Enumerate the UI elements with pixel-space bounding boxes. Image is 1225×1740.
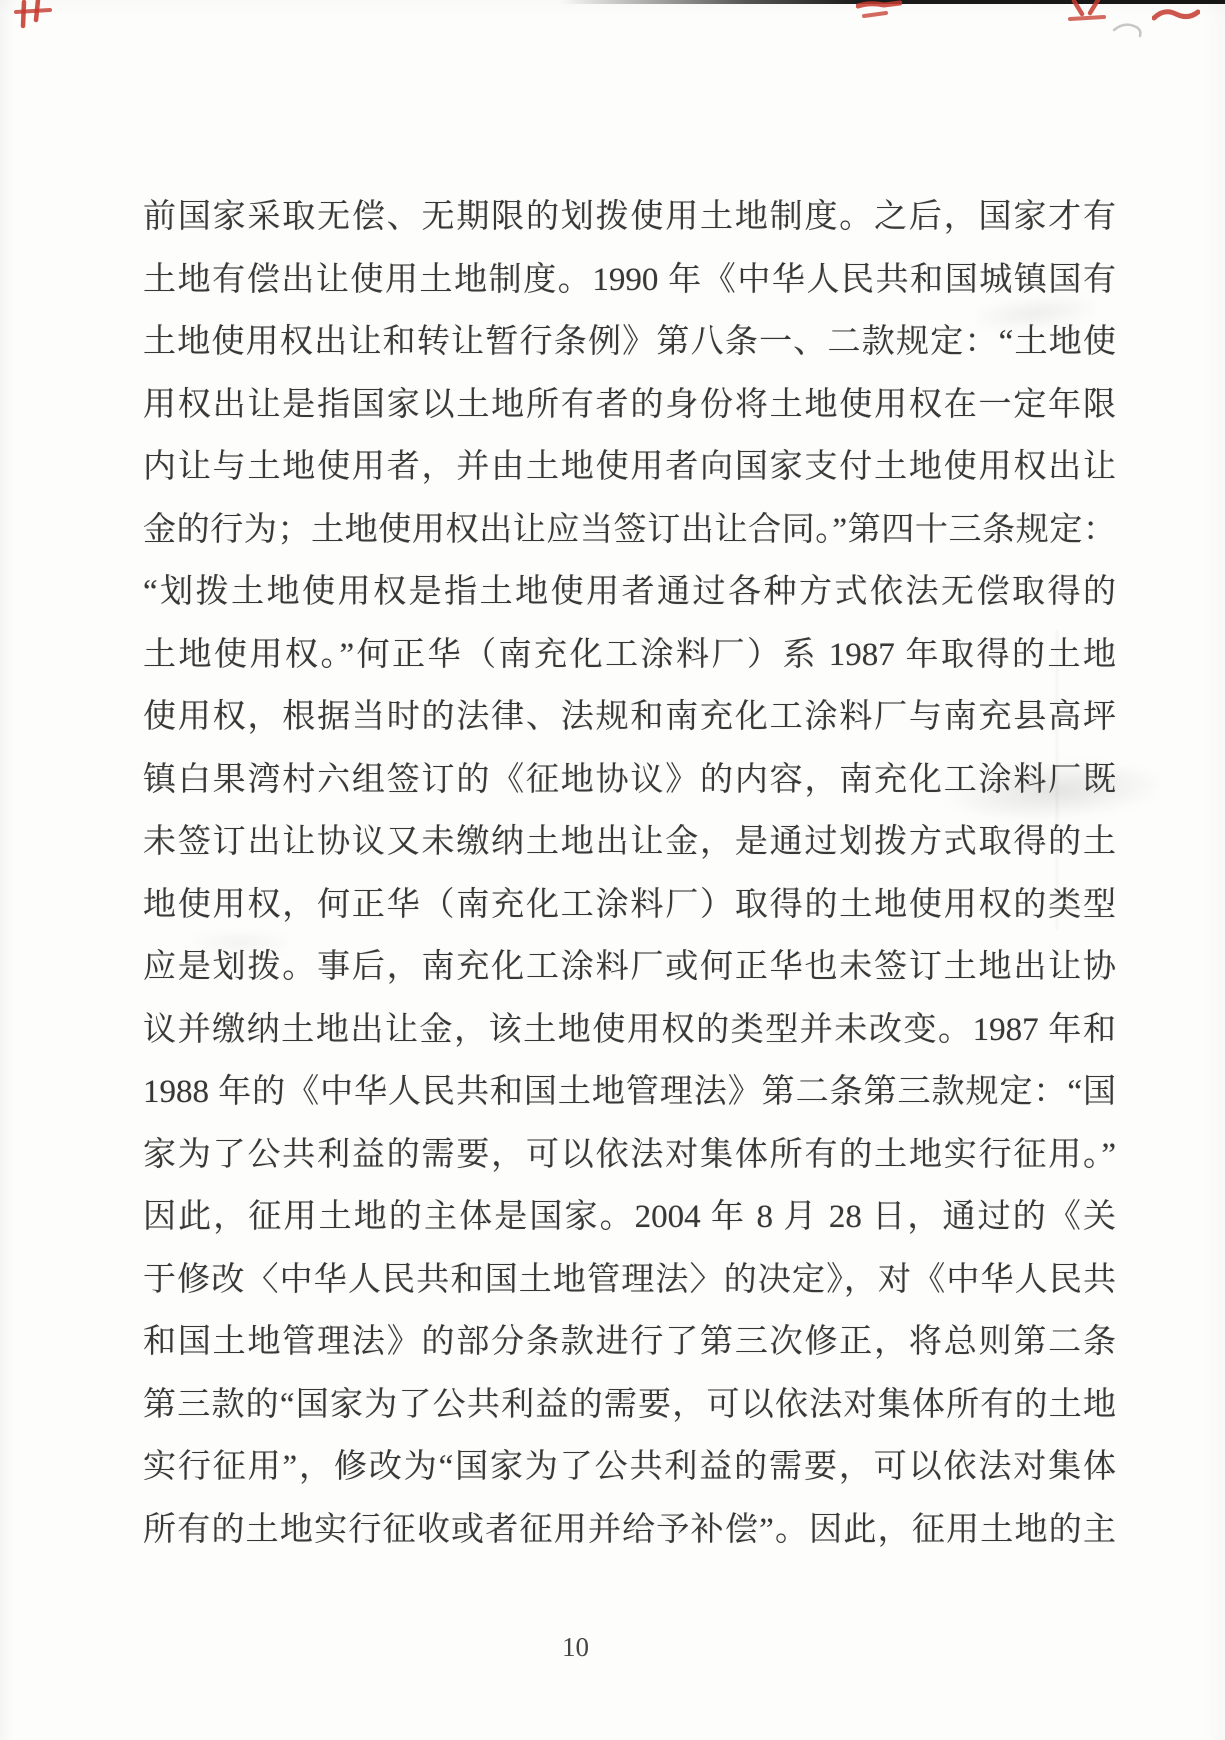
scanned-document-page: 前国家采取无偿、无期限的划拨使用土地制度。之后，国家才有 土地有偿出让使用土地制… xyxy=(0,0,1225,1740)
text-line: 第三款的“国家为了公共利益的需要，可以依法对集体所有的土地 xyxy=(143,1374,1116,1437)
text-line: 未签订出让协议又未缴纳土地出让金，是通过划拨方式取得的土 xyxy=(143,811,1116,874)
text-line: “划拨土地使用权是指土地使用者通过各种方式依法无偿取得的 xyxy=(143,561,1116,624)
text-line: 家为了公共利益的需要，可以依法对集体所有的土地实行征用。” xyxy=(143,1124,1116,1187)
text-line: 镇白果湾村六组签订的《征地协议》的内容，南充化工涂料厂既 xyxy=(143,749,1116,812)
text-line: 土地使用权。”何正华（南充化工涂料厂）系 1987 年取得的土地 xyxy=(143,624,1116,687)
text-line: 金的行为；土地使用权出让应当签订出让合同。”第四十三条规定： xyxy=(143,499,1116,562)
text-line: 所有的土地实行征收或者征用并给予补偿”。因此，征用土地的主 xyxy=(143,1499,1116,1562)
text-line: 于修改〈中华人民共和国土地管理法〉的决定》，对《中华人民共 xyxy=(143,1249,1116,1312)
text-line: 前国家采取无偿、无期限的划拨使用土地制度。之后，国家才有 xyxy=(143,186,1116,249)
text-line: 实行征用”，修改为“国家为了公共利益的需要，可以依法对集体 xyxy=(143,1436,1116,1499)
document-text-block: 前国家采取无偿、无期限的划拨使用土地制度。之后，国家才有 土地有偿出让使用土地制… xyxy=(143,186,1116,1561)
text-line: 因此，征用土地的主体是国家。2004 年 8 月 28 日，通过的《关 xyxy=(143,1186,1116,1249)
text-line: 土地有偿出让使用土地制度。1990 年《中华人民共和国城镇国有 xyxy=(143,249,1116,312)
red-ink-mark-top-corner xyxy=(1152,4,1200,31)
text-line: 1988 年的《中华人民共和国土地管理法》第二条第三款规定：“国 xyxy=(143,1061,1116,1124)
text-line: 应是划拨。事后，南充化工涂料厂或何正华也未签订土地出让协 xyxy=(143,936,1116,999)
text-line: 用权出让是指国家以土地所有者的身份将土地使用权在一定年限 xyxy=(143,374,1116,437)
text-line: 议并缴纳土地出让金，该土地使用权的类型并未改变。1987 年和 xyxy=(143,999,1116,1062)
text-line: 内让与土地使用者，并由土地使用者向国家支付土地使用权出让 xyxy=(143,436,1116,499)
gray-squiggle-mark xyxy=(1112,18,1152,45)
page-number: 10 xyxy=(0,1632,1188,1663)
red-ink-mark-top-right xyxy=(1068,0,1108,27)
text-line: 土地使用权出让和转让暂行条例》第八条一、二款规定：“土地使 xyxy=(143,311,1116,374)
text-line: 和国土地管理法》的部分条款进行了第三次修正，将总则第二条 xyxy=(143,1311,1116,1374)
red-ink-mark-top-center xyxy=(856,0,902,25)
text-line: 地使用权，何正华（南充化工涂料厂）取得的土地使用权的类型 xyxy=(143,874,1116,937)
text-line: 使用权，根据当时的法律、法规和南充化工涂料厂与南充县高坪 xyxy=(143,686,1116,749)
red-ink-mark-top-left xyxy=(14,0,54,35)
